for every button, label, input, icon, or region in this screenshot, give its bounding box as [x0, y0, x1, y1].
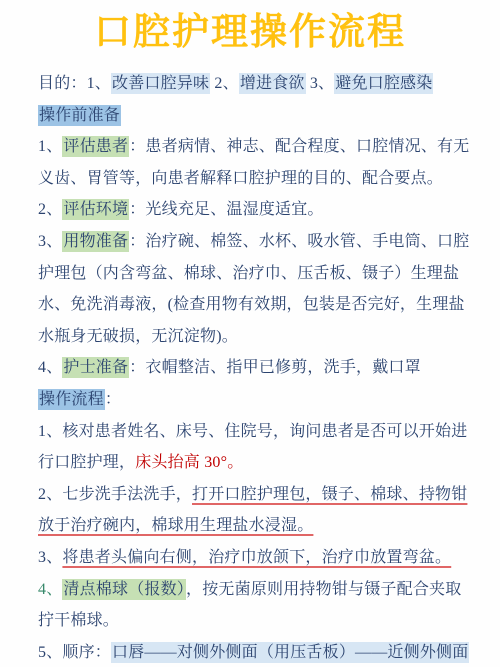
flow-item-5-label: 5、顺序：: [38, 644, 111, 661]
purpose-line: 目的：1、改善口腔异味 2、增进食欲 3、避免口腔感染: [38, 68, 470, 100]
flow-item-1-text: 1、核对患者姓名、床号、住院号，询问患者是否可以开始进行口腔护理，: [38, 423, 467, 472]
document-body: 目的：1、改善口腔异味 2、增进食欲 3、避免口腔感染 操作前准备 1、评估患者…: [0, 68, 500, 667]
flow-item-5: 5、顺序：口唇——对侧外侧面（用压舌板）——近侧外侧面: [38, 637, 470, 667]
flow-item-1: 1、核对患者姓名、床号、住院号，询问患者是否可以开始进行口腔护理，床头抬高 30…: [38, 416, 470, 479]
prep-section-header: 操作前准备: [38, 100, 470, 132]
purpose-label: 目的：1、: [38, 75, 111, 92]
prep-header-label: 操作前准备: [38, 105, 121, 126]
purpose-separator-2: 3、: [306, 75, 335, 92]
flow-header-colon: ：: [105, 391, 121, 408]
flow-item-5-highlight: 口唇——对侧外侧面（用压舌板）——近侧外侧面: [111, 642, 469, 663]
flow-item-3-underlined-text: 将患者头偏向右侧，治疗巾放颌下，治疗巾放置弯盆。: [62, 549, 451, 566]
prep-item-2-number: 2、: [38, 201, 62, 218]
prep-item-2: 2、评估环境：光线充足、温湿度适宜。: [38, 194, 470, 226]
prep-item-4-text: ：衣帽整洁、指甲已修剪，洗手，戴口罩: [129, 359, 421, 376]
prep-item-4-keyword: 护士准备: [62, 357, 129, 378]
prep-item-2-keyword: 评估环境: [62, 199, 129, 220]
prep-item-1: 1、评估患者：患者病情、神志、配合程度、口腔情况、有无义齿、胃管等，向患者解释口…: [38, 131, 470, 194]
purpose-highlight-1: 改善口腔异味: [111, 73, 210, 94]
prep-item-4: 4、护士准备：衣帽整洁、指甲已修剪，洗手，戴口罩: [38, 352, 470, 384]
prep-item-3-number: 3、: [38, 233, 62, 250]
flow-item-4-number: 4、: [38, 581, 62, 598]
flow-item-3-number: 3、: [38, 549, 62, 566]
flow-item-4-keyword: 清点棉球（报数）: [62, 579, 186, 600]
prep-item-4-number: 4、: [38, 359, 62, 376]
document-page: 口腔护理操作流程 目的：1、改善口腔异味 2、增进食欲 3、避免口腔感染 操作前…: [0, 0, 500, 667]
prep-item-2-text: ：光线充足、温湿度适宜。: [129, 201, 323, 218]
flow-item-4: 4、清点棉球（报数），按无菌原则用持物钳与镊子配合夹取拧干棉球。: [38, 574, 470, 637]
prep-item-3: 3、用物准备：治疗碗、棉签、水杯、吸水管、手电筒、口腔护理包（内含弯盆、棉球、治…: [38, 226, 470, 352]
flow-item-2: 2、七步洗手法洗手，打开口腔护理包，镊子、棉球、持物钳放于治疗碗内，棉球用生理盐…: [38, 479, 470, 542]
flow-item-2-text: 2、七步洗手法洗手，: [38, 486, 192, 503]
prep-item-1-number: 1、: [38, 138, 62, 155]
purpose-highlight-2: 增进食欲: [239, 73, 306, 94]
flow-header-label: 操作流程: [38, 389, 105, 410]
prep-item-1-keyword: 评估患者: [62, 136, 129, 157]
page-title: 口腔护理操作流程: [0, 8, 500, 55]
prep-item-3-keyword: 用物准备: [62, 231, 129, 252]
purpose-separator-1: 2、: [210, 75, 239, 92]
flow-section-header: 操作流程：: [38, 384, 470, 416]
flow-item-1-red-emphasis: 床头抬高 30°。: [135, 454, 243, 471]
purpose-highlight-3: 避免口腔感染: [334, 73, 433, 94]
flow-item-3: 3、将患者头偏向右侧，治疗巾放颌下，治疗巾放置弯盆。: [38, 542, 470, 574]
